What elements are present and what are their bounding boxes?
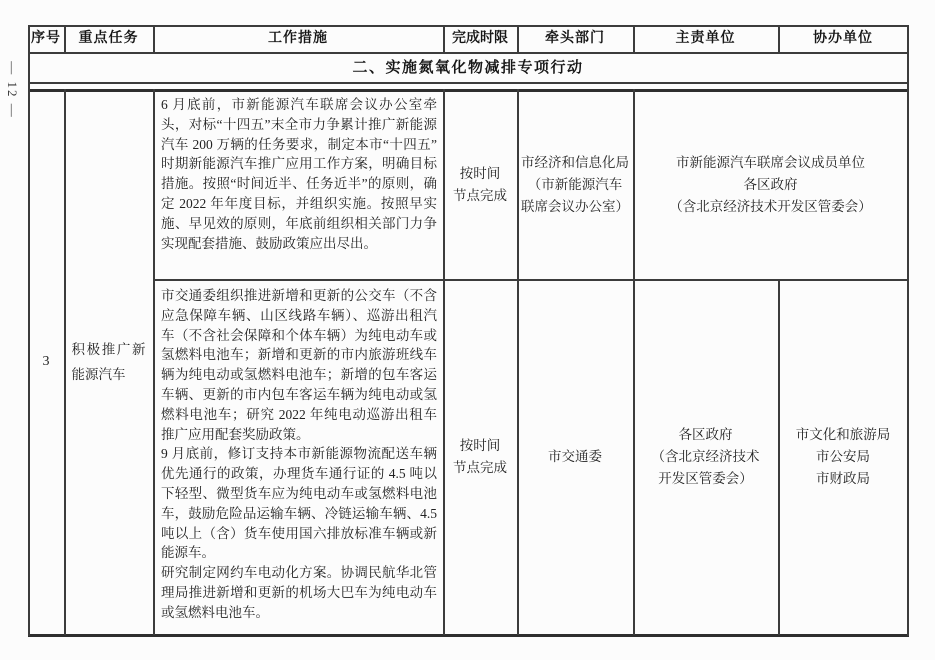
responsible-line: 各区政府 [679,424,733,446]
lead-dept-line: 联席会议办公室） [521,196,629,218]
responsible-line: 市新能源汽车联席会议成员单位 [676,152,865,174]
page-number: — 12 — [0,47,20,133]
responsible-line: 各区政府 [744,174,798,196]
section-title: 二、实施氮氧化物减排专项行动 [28,53,908,82]
header-col-lead-dept: 牵头部门 [517,25,633,53]
row2-assisting-cell: 市文化和旅游局 市公安局 市财政局 [778,279,908,635]
measure-paragraph: 研究制定网约车电动化方案。协调民航华北管理局推进新增和更新的机场大巴车为纯电动车… [161,563,437,622]
row1-responsible-merged-cell: 市新能源汽车联席会议成员单位 各区政府 （含北京经济技术开发区管委会） [633,90,908,279]
deadline-line: 按时间 [460,163,501,185]
row2-measures-cell: 市交通委组织推进新增和更新的公交车（不含应急保障车辆、山区线路车辆）、巡游出租汽… [153,281,443,634]
assisting-line: 市文化和旅游局 [796,424,891,446]
responsible-line: （含北京经济技术开发区管委会） [669,196,872,218]
deadline-line: 按时间 [460,435,501,457]
measure-paragraph: 6 月底前，市新能源汽车联席会议办公室牵头，对标“十四五”末全市力争累计推广新能… [161,95,437,253]
header-col-task: 重点任务 [64,25,153,53]
row2-responsible-cell: 各区政府 （含北京经济技术 开发区管委会） [633,279,778,635]
row1-measures-cell: 6 月底前，市新能源汽车联席会议办公室牵头，对标“十四五”末全市力争累计推广新能… [153,90,443,279]
header-col-assisting: 协办单位 [778,25,908,53]
responsible-line: 开发区管委会） [658,468,753,490]
assisting-line: 市公安局 [816,446,870,468]
task-name-cell: 积极推广新能源汽车 [64,89,153,635]
scanned-document-page: — 12 — 序号 重点 [0,0,935,660]
measure-paragraph: 9 月底前，修订支持本市新能源物流配送车辆优先通行的政策，办理货车通行证的 4.… [161,444,437,563]
deadline-line: 节点完成 [453,457,507,479]
measure-paragraph: 市交通委组织推进新增和更新的公交车（不含应急保障车辆、山区线路车辆）、巡游出租汽… [161,286,437,444]
row2-deadline-cell: 按时间 节点完成 [443,279,517,635]
header-col-number: 序号 [28,25,64,53]
task-name-text: 积极推广新能源汽车 [72,337,146,387]
row1-lead-dept-cell: 市经济和信息化局 （市新能源汽车 联席会议办公室） [517,90,633,279]
header-col-responsible: 主责单位 [633,25,778,53]
deadline-line: 节点完成 [453,185,507,207]
lead-dept-line: 市经济和信息化局 [521,152,629,174]
lead-dept-line: （市新能源汽车 [528,174,623,196]
header-col-measures: 工作措施 [153,25,443,53]
assisting-line: 市财政局 [816,468,870,490]
responsible-line: （含北京经济技术 [652,446,760,468]
grid-line [28,82,909,84]
lead-dept-line: 市交通委 [548,446,602,468]
task-number-cell: 3 [28,89,64,635]
header-col-deadline: 完成时限 [443,25,517,53]
row2-lead-dept-cell: 市交通委 [517,279,633,635]
row1-deadline-cell: 按时间 节点完成 [443,90,517,279]
